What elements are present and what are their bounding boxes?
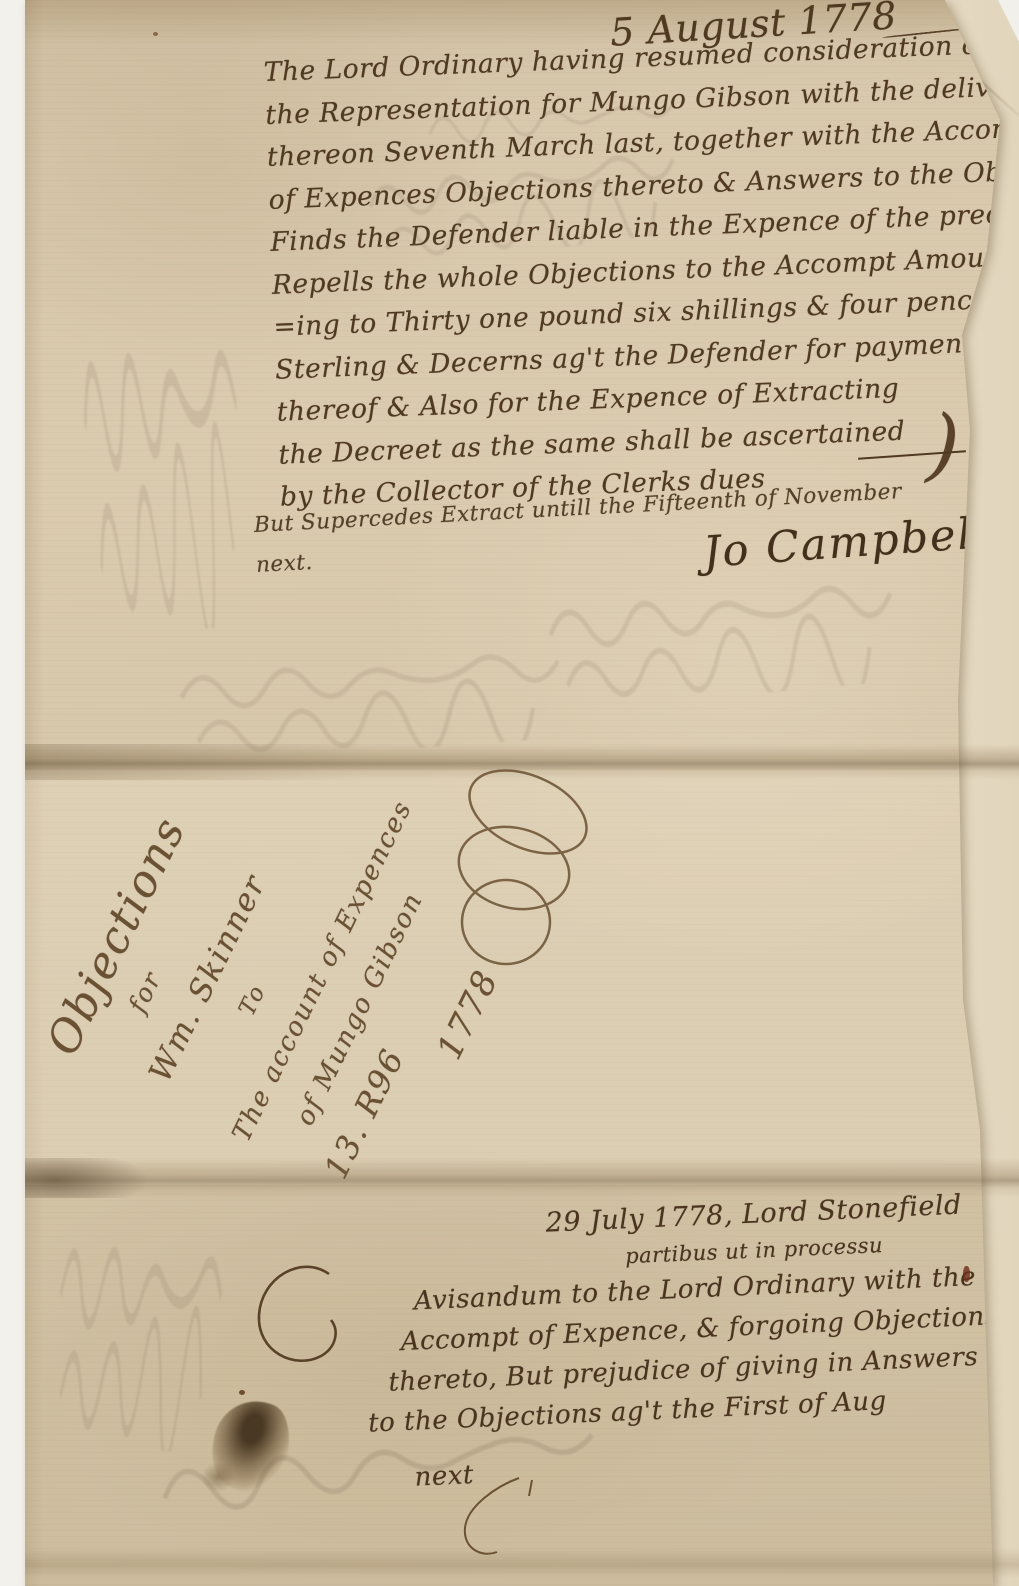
pen-flourish-loops bbox=[450, 760, 600, 970]
pen-curl-mark bbox=[437, 1476, 552, 1566]
paper-speck bbox=[153, 32, 158, 36]
paper-speck bbox=[239, 1390, 245, 1395]
court-order: 29 July 1778, Lord Stonefield partibus u… bbox=[355, 1183, 1019, 1500]
ink-show-through bbox=[74, 294, 287, 636]
document-scan: 5 August 1778 The Lord Ordinary having r… bbox=[0, 0, 1019, 1586]
interlocutor-text: The Lord Ordinary having resumed conside… bbox=[263, 23, 1019, 519]
ink-show-through bbox=[540, 559, 929, 712]
red-ink-speck bbox=[963, 1266, 970, 1282]
ink-blot bbox=[201, 1462, 235, 1492]
manuscript-page-wrap: 5 August 1778 The Lord Ordinary having r… bbox=[25, 0, 1019, 1586]
closing-paren-flourish: ) bbox=[925, 397, 963, 492]
large-oval-flourish bbox=[251, 1260, 346, 1370]
ink-show-through bbox=[172, 630, 598, 764]
manuscript-page: 5 August 1778 The Lord Ordinary having r… bbox=[25, 0, 1019, 1586]
